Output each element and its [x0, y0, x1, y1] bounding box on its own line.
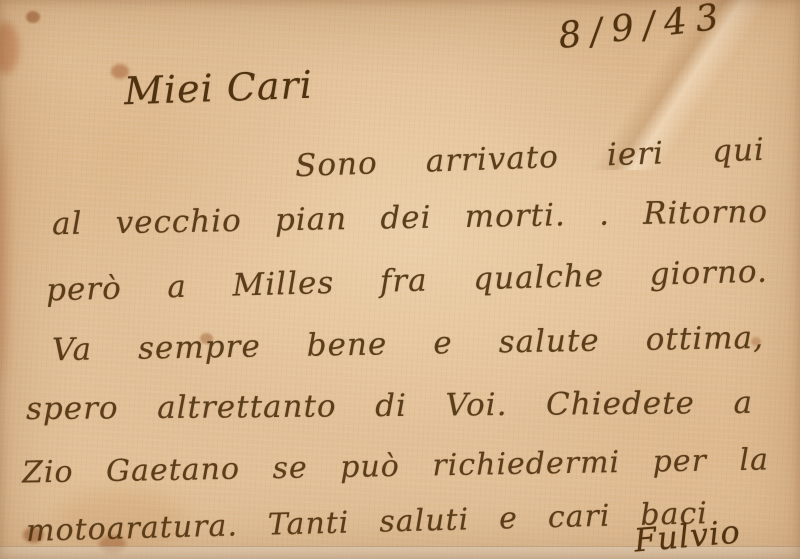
aged-paper-background: 8/9/43 Miei Cari Sono arrivato ieri qui … [0, 0, 800, 559]
body-line: al vecchio pian dei morti. . Ritorno [52, 195, 768, 242]
body-line: motoaratura. Tanti saluti e cari baci [26, 497, 709, 548]
scanned-postcard: 8/9/43 Miei Cari Sono arrivato ieri qui … [0, 0, 800, 559]
greeting: Miei Cari [123, 63, 313, 114]
paper-stain [26, 11, 40, 23]
handwritten-date: 8/9/43 [556, 0, 730, 57]
body-line: Zio Gaetano se può richiedermi per la [22, 443, 769, 489]
paper-stain [0, 140, 9, 380]
body-line: però a Milles fra qualche giorno. [46, 255, 769, 308]
body-line: Va sempre bene e salute ottima, [52, 321, 764, 368]
body-line: Sono arrivato ieri qui [295, 133, 766, 183]
body-line: spero altrettanto di Voi. Chiedete a [26, 386, 753, 426]
paper-stain [0, 22, 19, 74]
signature: Fulvio [633, 512, 743, 559]
